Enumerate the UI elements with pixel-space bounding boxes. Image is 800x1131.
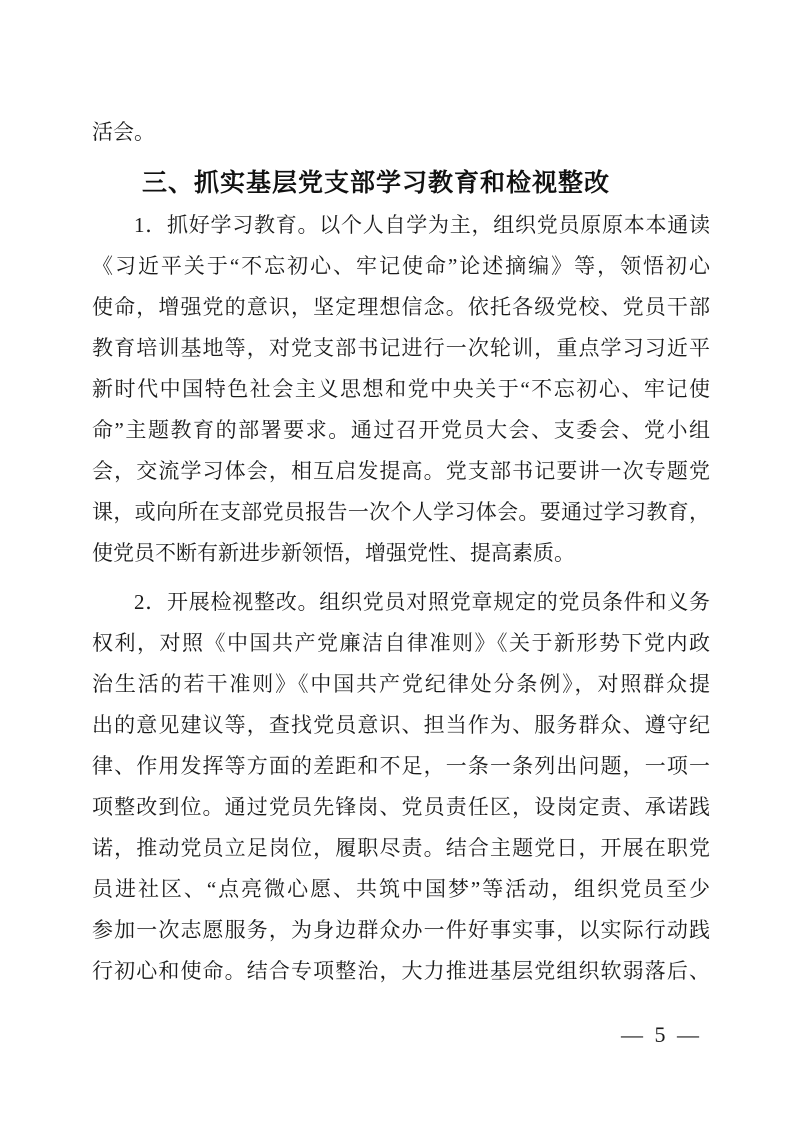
document-body: 活会。 三、抓实基层党支部学习教育和检视整改 1．抓好学习教育。以个人自学为主，… (92, 112, 710, 992)
text-line: 员进社区、“点亮微心愿、共筑中国梦”等活动，组织党员至少 (92, 869, 710, 910)
text-line: 律、作用发挥等方面的差距和不足，一条一条列出问题，一项一 (92, 746, 710, 787)
text-line: 权利，对照《中国共产党廉洁自律准则》《关于新形势下党内政 (92, 623, 710, 664)
paragraph: 2．开展检视整改。组织党员对照党章规定的党员条件和义务权利，对照《中国共产党廉洁… (92, 582, 710, 992)
text-line: 使党员不断有新进步新领悟，增强党性、提高素质。 (92, 533, 710, 574)
text-line: 1．抓好学习教育。以个人自学为主，组织党员原原本本通读 (92, 205, 710, 246)
text-line: 参加一次志愿服务，为身边群众办一件好事实事，以实际行动践 (92, 910, 710, 951)
continuation-line: 活会。 (92, 112, 710, 153)
document-page: 活会。 三、抓实基层党支部学习教育和检视整改 1．抓好学习教育。以个人自学为主，… (0, 0, 800, 1131)
paragraphs: 1．抓好学习教育。以个人自学为主，组织党员原原本本通读《习近平关于“不忘初心、牢… (92, 205, 710, 992)
section-heading: 三、抓实基层党支部学习教育和检视整改 (92, 161, 710, 205)
text-line: 教育培训基地等，对党支部书记进行一次轮训，重点学习习近平 (92, 328, 710, 369)
text-line: 命”主题教育的部署要求。通过召开党员大会、支委会、党小组 (92, 410, 710, 451)
text-line: 出的意见建议等，查找党员意识、担当作为、服务群众、遵守纪 (92, 705, 710, 746)
text-line: 新时代中国特色社会主义思想和党中央关于“不忘初心、牢记使 (92, 369, 710, 410)
text-line: 诺，推动党员立足岗位，履职尽责。结合主题党日，开展在职党 (92, 828, 710, 869)
page-number: — 5 — (621, 1020, 702, 1050)
text-line: 行初心和使命。结合专项整治，大力推进基层党组织软弱落后、 (92, 951, 710, 992)
text-line: 课，或向所在支部党员报告一次个人学习体会。要通过学习教育， (92, 492, 710, 533)
paragraph: 1．抓好学习教育。以个人自学为主，组织党员原原本本通读《习近平关于“不忘初心、牢… (92, 205, 710, 574)
text-line: 使命，增强党的意识，坚定理想信念。依托各级党校、党员干部 (92, 287, 710, 328)
text-line: 项整改到位。通过党员先锋岗、党员责任区，设岗定责、承诺践 (92, 787, 710, 828)
text-line: 会，交流学习体会，相互启发提高。党支部书记要讲一次专题党 (92, 451, 710, 492)
text-line: 治生活的若干准则》《中国共产党纪律处分条例》，对照群众提 (92, 664, 710, 705)
text-line: 《习近平关于“不忘初心、牢记使命”论述摘编》等，领悟初心 (92, 246, 710, 287)
text-line: 2．开展检视整改。组织党员对照党章规定的党员条件和义务 (92, 582, 710, 623)
